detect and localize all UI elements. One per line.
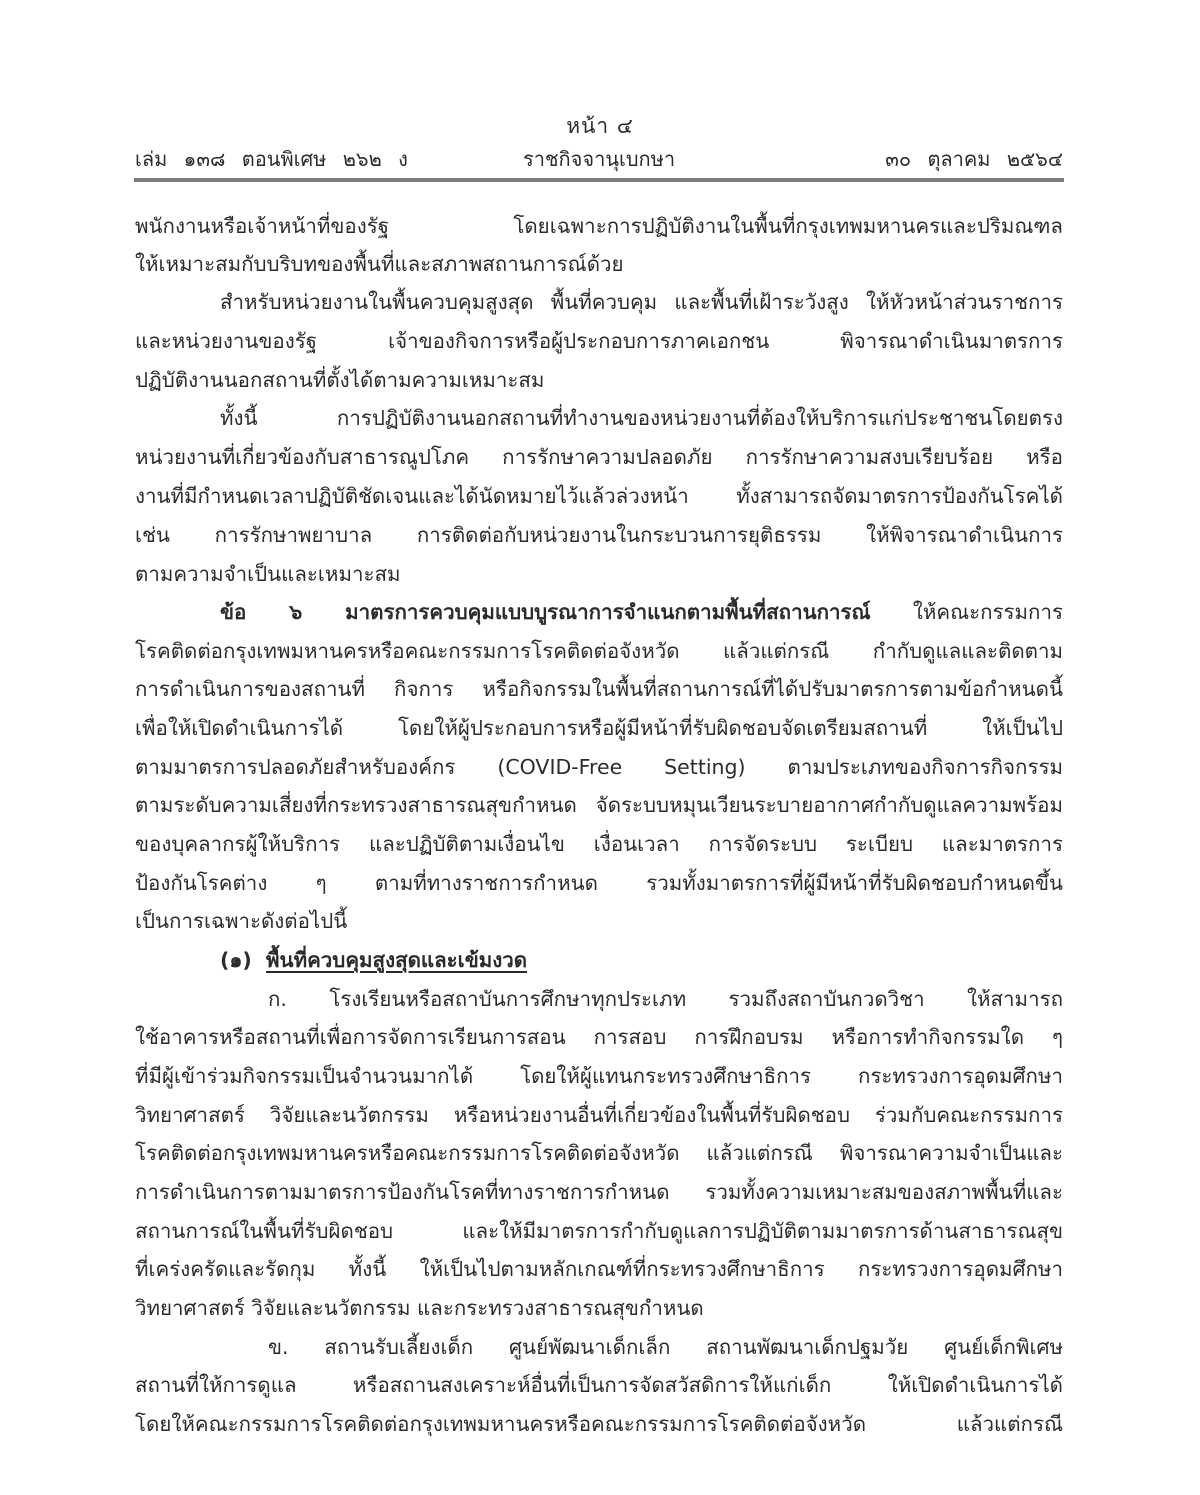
text-line: โรคติดต่อกรุงเทพมหานครหรือคณะกรรมการโรคต… bbox=[135, 1134, 1063, 1172]
text-line: ตามความจำเป็นและเหมาะสม bbox=[135, 555, 1063, 593]
text-line: โดยให้คณะกรรมการโรคติดต่อกรุงเทพมหานครหร… bbox=[135, 1405, 1063, 1443]
text-line: ทั้งนี้ การปฏิบัติงานนอกสถานที่ทำงานของห… bbox=[220, 399, 1063, 437]
text-line: งานที่มีกำหนดเวลาปฏิบัติชัดเจนและได้นัดห… bbox=[135, 477, 1063, 515]
text-line: สำหรับหน่วยงานในพื้นควบคุมสูงสุด พื้นที่… bbox=[220, 283, 1063, 321]
text-line: ของบุคลากรผู้ให้บริการ และปฏิบัติตามเงื่… bbox=[135, 825, 1063, 863]
text-line: ที่มีผู้เข้าร่วมกิจกรรมเป็นจำนวนมากได้ โ… bbox=[135, 1057, 1063, 1095]
publication-date: ๓๐ ตุลาคม ๒๕๖๔ bbox=[885, 143, 1063, 175]
text-line: ก. โรงเรียนหรือสถาบันการศึกษาทุกประเภท ร… bbox=[268, 980, 1063, 1018]
subsection-title: พื้นที่ควบคุมสูงสุดและเข้มงวด bbox=[266, 948, 527, 972]
text-line: ป้องกันโรคต่าง ๆ ตามที่ทางราชการกำหนด รว… bbox=[135, 864, 1063, 902]
page-number: หน้า ๔ bbox=[0, 110, 1200, 143]
text-line: ใช้อาคารหรือสถานที่เพื่อการจัดการเรียนกา… bbox=[135, 1018, 1063, 1056]
text-line: การดำเนินการตามมาตรการป้องกันโรคที่ทางรา… bbox=[135, 1173, 1063, 1211]
text-line: ตามระดับความเสี่ยงที่กระทรวงสาธารณสุขกำห… bbox=[135, 786, 1063, 824]
text-line: ข. สถานรับเลี้ยงเด็ก ศูนย์พัฒนาเด็กเล็ก … bbox=[268, 1328, 1063, 1366]
text-line: ให้เหมาะสมกับบริบทของพื้นที่และสภาพสถานก… bbox=[135, 245, 1063, 283]
text-line: หน่วยงานที่เกี่ยวข้องกับสาธารณูปโภค การร… bbox=[135, 438, 1063, 476]
section-6-heading: ข้อ ๖ มาตรการควบคุมแบบบูรณาการจำแนกตามพื… bbox=[220, 600, 871, 624]
subsection-number: (๑) bbox=[220, 948, 252, 972]
running-header: เล่ม ๑๓๘ ตอนพิเศษ ๒๖๒ ง ราชกิจจานุเบกษา … bbox=[135, 143, 1063, 173]
subsection-heading: (๑) พื้นที่ควบคุมสูงสุดและเข้มงวด bbox=[220, 941, 720, 979]
text-line: สถานการณ์ในพื้นที่รับผิดชอบ และให้มีมาตร… bbox=[135, 1212, 1063, 1250]
text-line: และหน่วยงานของรัฐ เจ้าของกิจการหรือผู้ปร… bbox=[135, 322, 1063, 360]
text-line: การดำเนินการของสถานที่ กิจการ หรือกิจกรร… bbox=[135, 670, 1063, 708]
gazette-page: หน้า ๔ เล่ม ๑๓๘ ตอนพิเศษ ๒๖๒ ง ราชกิจจาน… bbox=[0, 0, 1200, 1495]
publication-title: ราชกิจจานุเบกษา bbox=[523, 143, 675, 175]
text-line: วิทยาศาสตร์ วิจัยและนวัตกรรม และกระทรวงส… bbox=[135, 1289, 1063, 1327]
text-line: ตามมาตรการปลอดภัยสำหรับองค์กร (COVID-Fre… bbox=[135, 748, 1063, 786]
text-line: เช่น การรักษาพยาบาล การติดต่อกับหน่วยงาน… bbox=[135, 516, 1063, 554]
section-6-lead: ข้อ ๖ มาตรการควบคุมแบบบูรณาการจำแนกตามพื… bbox=[220, 593, 1063, 631]
text-line: พนักงานหรือเจ้าหน้าที่ของรัฐ โดยเฉพาะการ… bbox=[135, 207, 1063, 245]
text-line: เพื่อให้เปิดดำเนินการได้ โดยให้ผู้ประกอบ… bbox=[135, 709, 1063, 747]
header-rule bbox=[134, 178, 1064, 182]
text-line: ปฏิบัติงานนอกสถานที่ตั้งได้ตามความเหมาะส… bbox=[135, 361, 1063, 399]
text-line: ที่เคร่งครัดและรัดกุม ทั้งนี้ ให้เป็นไปต… bbox=[135, 1250, 1063, 1288]
text-line: เป็นการเฉพาะดังต่อไปนี้ bbox=[135, 902, 1063, 940]
text-line: สถานที่ให้การดูแล หรือสถานสงเคราะห์อื่นท… bbox=[135, 1366, 1063, 1404]
volume-issue: เล่ม ๑๓๘ ตอนพิเศษ ๒๖๒ ง bbox=[135, 143, 408, 175]
text-line: วิทยาศาสตร์ วิจัยและนวัตกรรม หรือหน่วยงา… bbox=[135, 1096, 1063, 1134]
text-line: โรคติดต่อกรุงเทพมหานครหรือคณะกรรมการโรคต… bbox=[135, 632, 1063, 670]
